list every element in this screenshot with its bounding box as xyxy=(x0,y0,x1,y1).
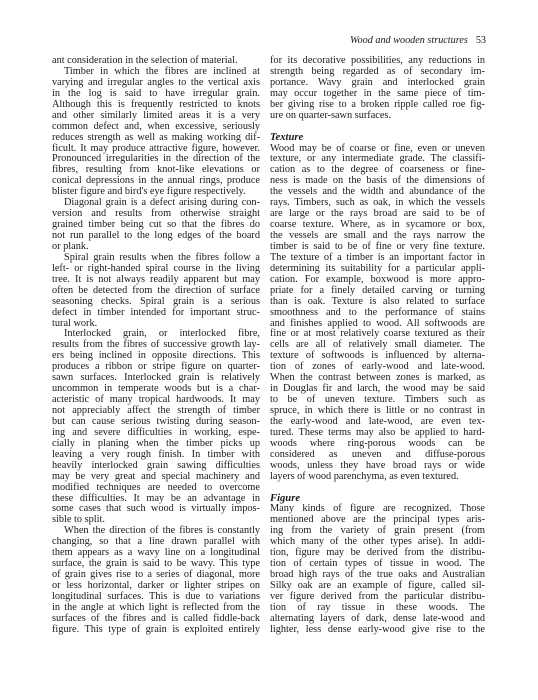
section-gap xyxy=(270,483,485,494)
text-line: smoothness and to the performance of sta… xyxy=(270,308,485,319)
text-line: than is oak. Texture is also related to … xyxy=(270,297,485,308)
text-line: seasoning checks. Spiral grain is a seri… xyxy=(52,297,260,308)
text-line: and other similarly limited areas it is … xyxy=(52,111,260,122)
text-line: figure. This type of grain is exploited … xyxy=(52,625,260,636)
text-line: modified techniques are needed to overco… xyxy=(52,483,260,494)
section-heading-texture: Texture xyxy=(270,133,485,144)
paragraph-grain-continued: for its decorative possibilities, any re… xyxy=(270,56,485,122)
right-column: for its decorative possibilities, any re… xyxy=(270,56,485,636)
text-line: common defect and, when excessive, serio… xyxy=(52,122,260,133)
text-line: may be very great and special machinery … xyxy=(52,472,260,483)
running-head: Wood and wooden structures53 xyxy=(350,35,486,47)
page-number: 53 xyxy=(476,35,486,46)
text-line: lighter, less dense early-wood give rise… xyxy=(270,625,485,636)
paragraph-texture: Wood may be of coarse or fine, even or u… xyxy=(270,144,485,483)
section-gap xyxy=(270,122,485,133)
text-line: often be detected from the direction of … xyxy=(52,286,260,297)
left-column: ant consideration in the selection of ma… xyxy=(52,56,260,636)
paragraph-figure: Many kinds of figure are recognized. Tho… xyxy=(270,504,485,635)
text-line: reduces strength as well as making worki… xyxy=(52,133,260,144)
text-line: woods, unless they have broad rays or wi… xyxy=(270,461,485,472)
text-line: ure on quarter-sawn surfaces. xyxy=(270,111,485,122)
text-line: priate for a finely detailed carving or … xyxy=(270,286,485,297)
text-line: defect in timber intended for important … xyxy=(52,308,260,319)
text-line: heavily interlocked grain sawing difficu… xyxy=(52,461,260,472)
running-title: Wood and wooden structures xyxy=(350,35,468,46)
text-line: layers of wood parenchyma, as even textu… xyxy=(270,472,485,483)
